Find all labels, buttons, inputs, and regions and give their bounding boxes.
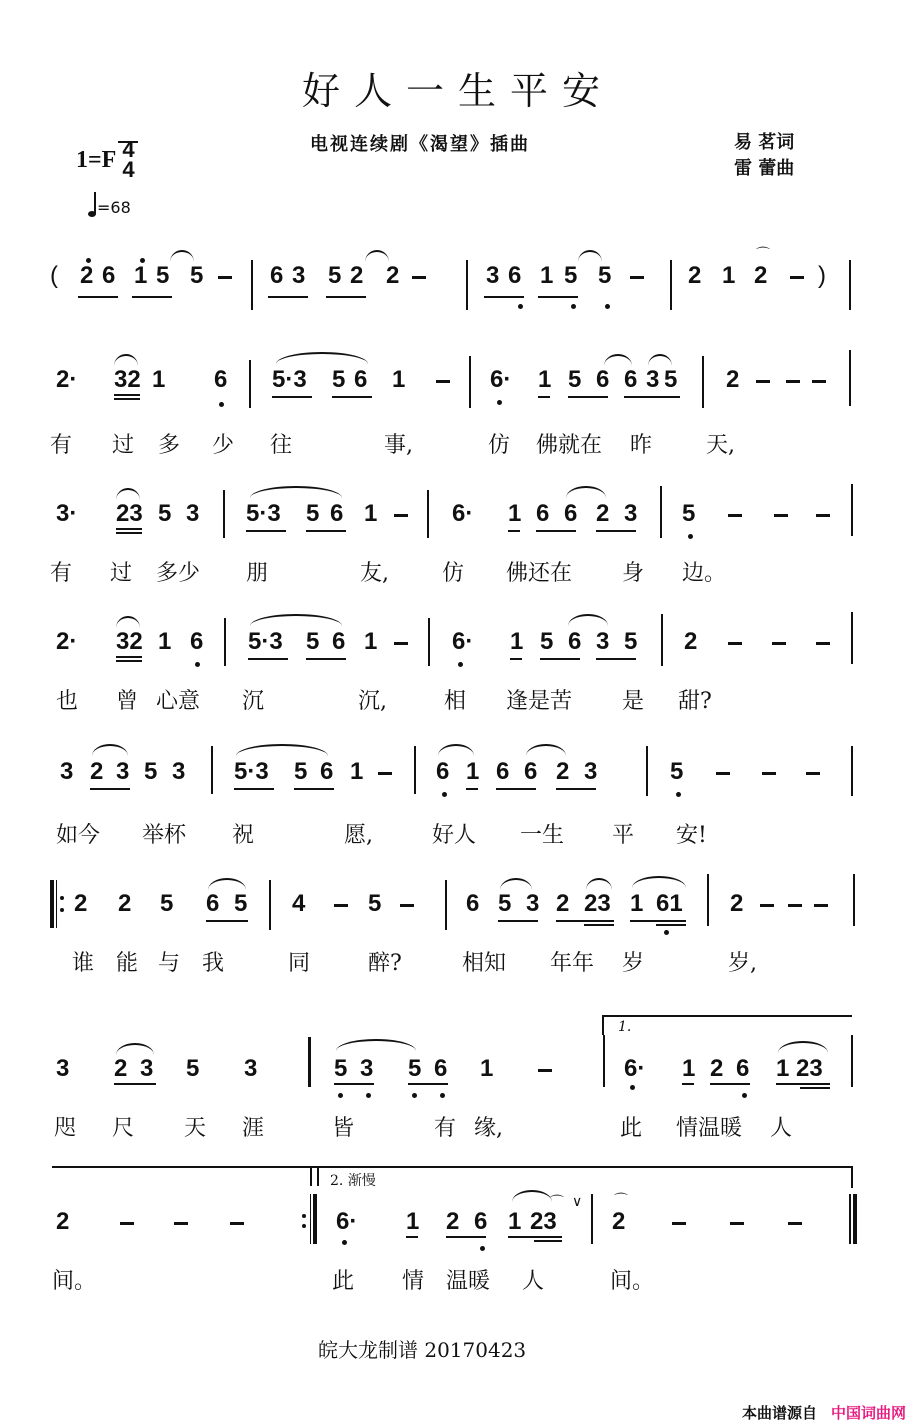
volta-1-label: 1. — [618, 1019, 631, 1035]
line-4-notes: 3 23 53 5·3 56 1 6 1 66 23 5 — [0, 758, 916, 798]
line-5-notes: 2 2 5 65 4 5 6 53 2 23 161 2 — [0, 890, 916, 930]
source-label: 本曲谱源自 — [742, 1404, 817, 1422]
final-barline — [849, 1194, 851, 1244]
lyricist-role: 词 — [776, 132, 794, 153]
intro-notes: ( 2 6 1 5 5 63 52 2 36 15 5 2 1 2⌒ ) — [0, 262, 916, 302]
lyricist-name: 易 茗 — [734, 132, 776, 153]
lyricist-credit: 易 茗词 — [734, 130, 794, 156]
line-6-notes: 3 23 5 3 53 56 1 6· 1 26 123 — [0, 1055, 916, 1095]
arranger-credit: 皖大龙制谱 20170423 — [318, 1334, 526, 1363]
composer-name: 雷 蕾 — [734, 158, 776, 179]
line-2-notes: 3· 23 53 5·3 56 1 6· 1 66 23 5 — [0, 500, 916, 540]
song-title: 好人一生平安 — [0, 60, 916, 115]
volta-line — [52, 1166, 852, 1168]
subtitle: 电视连续剧《渴望》插曲 — [310, 130, 530, 156]
composer-role: 曲 — [776, 158, 794, 179]
quarter-note-icon — [88, 211, 96, 217]
line-7-notes: 2 6· 1 26 123 ⌒ ∨ 2⌒ — [0, 1208, 916, 1248]
source-credit: 本曲谱源自中国词曲网 — [742, 1402, 906, 1423]
composer-credit: 雷 蕾曲 — [734, 156, 794, 182]
repeat-start-barline — [50, 880, 54, 928]
repeat-end-barline — [310, 1194, 311, 1244]
credits: 易 茗词 雷 蕾曲 — [734, 130, 794, 182]
ritardando-mark: 渐慢 — [348, 1173, 376, 1189]
tempo-value: =68 — [97, 198, 131, 217]
time-signature: 4 4 — [122, 140, 134, 180]
key-signature: 1=F 4 4 — [76, 140, 135, 180]
volta-2-label: 2. 渐慢 — [330, 1170, 376, 1190]
source-site-link[interactable]: 中国词曲网 — [831, 1404, 906, 1422]
line-3-notes: 2· 32 1 6 5·3 56 1 6· 1 56 35 2 — [0, 628, 916, 668]
breath-mark: ∨ — [572, 1194, 582, 1210]
key-label: 1=F — [76, 147, 116, 174]
tempo-marking: =68 — [88, 198, 131, 217]
time-sig-bottom: 4 — [122, 160, 134, 180]
line-1-notes: 2· 32 1 6 5·3 56 1 6· 1 56 635 2 — [0, 366, 916, 406]
volta-1-bracket — [602, 1015, 852, 1017]
time-sig-bar — [118, 141, 138, 143]
